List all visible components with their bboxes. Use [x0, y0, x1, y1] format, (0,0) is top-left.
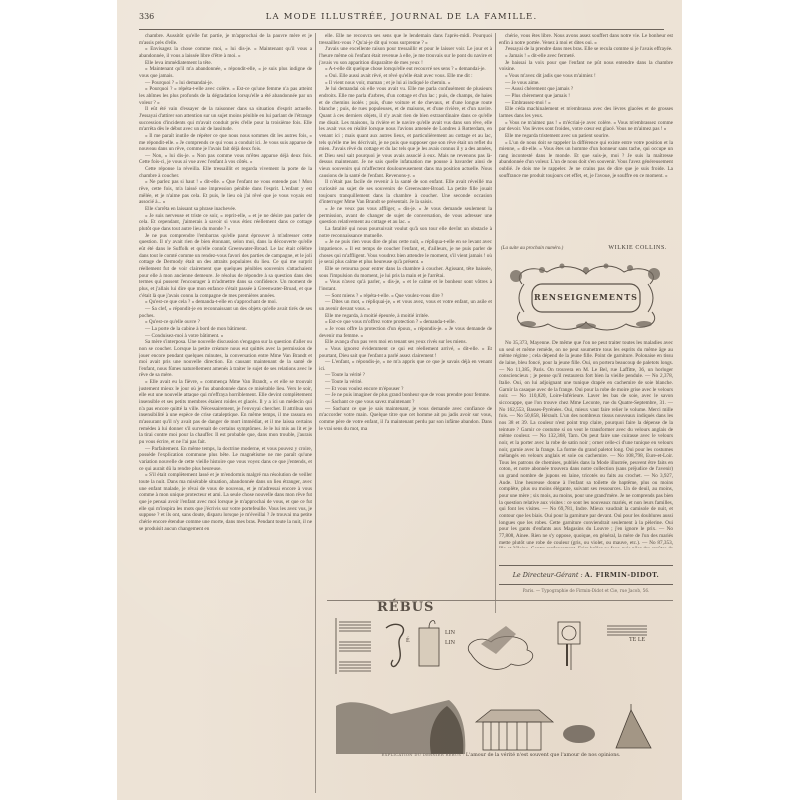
paragraph: — Dites un mot, » répliquai-je, « et vou…: [319, 299, 492, 312]
paragraph: J'avais une excellente raison pour tress…: [319, 46, 492, 66]
paragraph: « Je ne veux pas vous affliger, » dis-je…: [319, 206, 492, 226]
paragraph: « Vous ignorez évidemment ce qui est rée…: [319, 346, 492, 359]
paragraph: Je ne pus comprendre l'embarras qu'elle …: [139, 233, 312, 300]
paragraph: « Vous ne m'aimez pas ! » m'écriai-je av…: [499, 120, 673, 133]
column-divider: [315, 33, 316, 793]
paragraph: Il eût été vain d'essayer de la raisonne…: [139, 106, 312, 133]
paragraph: Je baissai la voix pour que l'enfant ne …: [499, 60, 673, 73]
paragraph: Je lui demandai où elle vous avait vu. E…: [319, 86, 492, 179]
paragraph: « Ne parlez pas si haut ! » dit-elle. « …: [139, 179, 312, 206]
paragraph: Elle s'arrêta en laissant sa phrase inac…: [139, 206, 312, 213]
paragraph: — Parfaitement. En même temps, la doctri…: [139, 446, 312, 473]
rebus-letters-lin: LIN: [445, 630, 456, 636]
page-header: 336 LA MODE ILLUSTRÉE, JOURNAL DE LA FAM…: [139, 9, 664, 30]
paragraph: — Sachant ce que je sais maintenant, je …: [319, 406, 492, 433]
paragraph: « Pourquoi ? » répéta-t-elle avec colère…: [139, 86, 312, 106]
printer-line: Paris. — Typographie de Firmin-Didot et …: [499, 588, 673, 593]
story-column-2: elle. Elle ne recouvra ses sens que le l…: [319, 33, 492, 613]
paragraph: — Toute la vérité ?: [319, 372, 492, 379]
paragraph: « Je ne puis rien vous dire de plus cett…: [319, 239, 492, 266]
paragraph: La fatalité qui nous poursuivait voulut …: [319, 226, 492, 239]
paragraph: — Non, » lui dis-je. « Non pas comme vou…: [139, 153, 312, 166]
paragraph: Elle se retourna pour entrer dans la cha…: [319, 266, 492, 279]
paragraph: — Conduisez-moi à votre bâtiment. »: [139, 333, 312, 340]
paragraph: « Elle avait eu la fièvre, » commença Mm…: [139, 379, 312, 446]
paragraph: chambre. Aussitôt qu'elle fut partie, je…: [139, 33, 312, 46]
paragraph: « Maintenant qu'il m'a abandonnée, » rép…: [139, 66, 312, 79]
paragraph: « Oui. Elle aussi avait rêvé, et rêvé qu…: [319, 73, 492, 80]
paragraph: « Je suis nerveuse et triste ce soir, » …: [139, 213, 312, 233]
paragraph: « Jamais ! » dit-elle avec fermeté.: [499, 53, 673, 60]
paragraph: « Je vous offre la protection d'un époux…: [319, 326, 492, 339]
renseignements-text: No 35,373, Mayenne. De même que l'on ne …: [499, 340, 673, 548]
paragraph: Elle me regarda tristement avec un patie…: [499, 133, 673, 140]
paragraph: « Envisagez la chose comme moi, » lui di…: [139, 46, 312, 59]
paragraph: elle. Elle ne recouvra ses sens que le l…: [319, 33, 492, 46]
rebus-letter-e: É: [406, 636, 410, 644]
rebus-caption-text: L'amour de la vérité n'est souvent que l…: [466, 753, 620, 758]
director-name: A. FIRMIN-DIDOT.: [585, 571, 660, 579]
paragraph: « S'il était complètement lassé et je m'…: [139, 472, 312, 532]
director-label: Le Directeur-Gérant :: [513, 571, 583, 579]
rebus-caption-lead: EXPLICATION DU DERNIER RÉBUS :: [382, 752, 465, 757]
paragraph: — Embrassez-moi ! »: [499, 100, 673, 107]
paragraph: — L'enfant, » répondis-je, « ne m'a appr…: [319, 359, 492, 372]
paragraph: Sa mère s'interposa. Une nouvelle discus…: [139, 339, 312, 379]
paragraph: Elle avança d'un pas vers moi en tenant …: [319, 339, 492, 346]
rebus-engraving-icon: É LIN LIN TE LE: [331, 614, 671, 754]
paragraph: J'essayai de la prendre dans mes bras. E…: [499, 46, 673, 53]
story-column-1: chambre. Aussitôt qu'elle fut partie, je…: [139, 33, 312, 793]
paragraph: « Qu'est-ce qu'elle ouvre ?: [139, 319, 312, 326]
rebus-illustration: É LIN LIN TE LE: [331, 614, 671, 764]
rebus-title: RÉBUS: [377, 600, 434, 615]
paragraph: No 35,373, Mayenne. De même que l'on ne …: [499, 340, 673, 548]
story-column-3: chérie, vous êtes libre. Nous avons asse…: [499, 33, 673, 253]
paragraph: Elle céda machinalement et m'embrassa av…: [499, 106, 673, 119]
paragraph: — Sachant ce que vous savez maintenant ?: [319, 399, 492, 406]
paragraph: — Je vous aime.: [499, 80, 673, 87]
paragraph: — Aussi chèrement que jamais ?: [499, 86, 673, 93]
renseignements-title: RENSEIGNEMENTS: [502, 292, 670, 302]
paragraph: chérie, vous êtes libre. Nous avons asse…: [499, 33, 673, 46]
paragraph: — Toute la vérité.: [319, 379, 492, 386]
paragraph: « Vous n'avez qu'à parler, » dis-je, « e…: [319, 279, 492, 292]
paragraph: « Vous m'avez dit jadis que vous m'aimie…: [499, 73, 673, 80]
paragraph: — Plus chèrement que jamais !: [499, 93, 673, 100]
renseignements-cartouche: RENSEIGNEMENTS: [502, 262, 670, 334]
rebus-letters-lin-2: LIN: [445, 640, 456, 646]
paragraph: — Je ne puis imaginer de plus grand bonh…: [319, 392, 492, 399]
paragraph: « A-t-elle dit quelque chose lorsqu'elle…: [319, 66, 492, 73]
paragraph: Il n'était pas facile de revenir à la sa…: [319, 179, 492, 206]
paragraph: « Il me paraît inutile de répéter ce que…: [139, 133, 312, 153]
journal-title: LA MODE ILLUSTRÉE, JOURNAL DE LA FAMILLE…: [139, 12, 664, 22]
paragraph: « L'un de nous doit se rappeler la diffé…: [499, 140, 673, 180]
director-line: Le Directeur-Gérant : A. FIRMIN-DIDOT.: [499, 565, 673, 585]
column-divider: [495, 33, 496, 613]
continuation-note: (La suite au prochain numéro.): [501, 246, 563, 251]
paragraph: « Qu'est-ce que cela ? » demanda-t-elle …: [139, 299, 312, 306]
rebus-letters-te-le: TE LE: [629, 637, 645, 643]
author-name: WILKIE COLLINS.: [608, 245, 667, 251]
paragraph: « Est-ce que vous m'offrez votre protect…: [319, 319, 492, 326]
paragraph: — Sa clef, » répondit-je en reconnaissan…: [139, 306, 312, 319]
paragraph: Cette réponse la réveilla. Elle tressail…: [139, 166, 312, 179]
paragraph: — La porte de la cabine à bord de mon bâ…: [139, 326, 312, 333]
newspaper-page: 336 LA MODE ILLUSTRÉE, JOURNAL DE LA FAM…: [117, 0, 682, 800]
paragraph: Elle leva immédiatement la tête.: [139, 60, 312, 67]
rebus-caption: EXPLICATION DU DERNIER RÉBUS : L'amour d…: [331, 752, 671, 758]
